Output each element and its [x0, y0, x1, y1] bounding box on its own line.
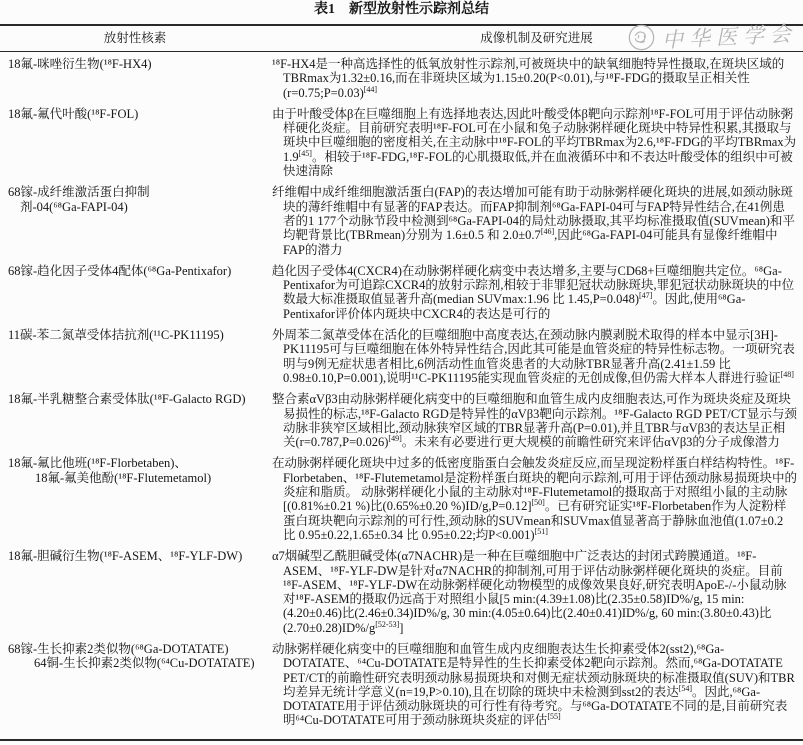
- nuclide-label-line: 18氟-氟代叶酸(¹⁸F-FOL): [8, 107, 270, 121]
- column-header-nuclide: 放射性核素: [0, 31, 270, 45]
- reference-superscript: [50]: [532, 498, 545, 507]
- reference-superscript: [45]: [299, 149, 312, 158]
- nuclide-label: 68镓-生长抑素2类似物(⁶⁸Ga-DOTATATE)64铜-生长抑素2类似物(…: [0, 642, 270, 728]
- mechanism-text: 外周苯二氮䓬受体在活化的巨噬细胞中高度表达,在颈动脉内膜剥脱术取得的样本中显示[…: [270, 328, 803, 385]
- reference-superscript: [47]: [639, 291, 652, 300]
- mechanism-text-segment: 。未来有必要进行更大规模的前瞻性研究来评估αVβ3的分子成像潜力: [402, 435, 780, 449]
- table-number: 表1: [314, 2, 335, 17]
- reference-superscript: [48]: [781, 370, 794, 379]
- mechanism-text-segment: α7烟碱型乙酰胆碱受体(α7NACHR)是一种在巨噬细胞中广泛表达的封闭式跨膜通…: [272, 549, 786, 634]
- mechanism-text: 由于叶酸受体β在巨噬细胞上有选择地表达,因此叶酸受体β靶向示踪剂¹⁸F-FOL可…: [270, 107, 803, 178]
- mechanism-text: 趋化因子受体4(CXCR4)在动脉粥样硬化病变中表达增多,主要与CD68+巨噬细…: [270, 264, 803, 321]
- nuclide-label-line: 68镓-成纤维激活蛋白抑制: [8, 185, 270, 199]
- nuclide-label-line: 18氟-氟美他酚(¹⁸F-Flutemetamol): [8, 471, 270, 485]
- reference-superscript: [49]: [388, 434, 401, 443]
- table-row: 68镓-生长抑素2类似物(⁶⁸Ga-DOTATATE)64铜-生长抑素2类似物(…: [0, 642, 803, 728]
- reference-superscript: [52-53]: [375, 620, 399, 629]
- paper-page: 表1新型放射性示踪剂总结 中华医学会 放射性核素 成像机制及研究进展 18氟-咪…: [0, 0, 803, 745]
- mechanism-text: 在动脉粥样硬化斑块中过多的低密度脂蛋白会触发炎症反应,而呈现淀粉样蛋白样结构特性…: [270, 456, 803, 542]
- mechanism-text: 纤维帽中成纤维细胞激活蛋白(FAP)的表达增加可能有助于动脉粥样硬化斑块的进展,…: [270, 185, 803, 256]
- mechanism-text-segment: 外周苯二氮䓬受体在活化的巨噬细胞中高度表达,在颈动脉内膜剥脱术取得的样本中显示[…: [272, 328, 795, 385]
- reference-superscript: [55]: [547, 712, 560, 721]
- nuclide-label: 18氟-咪唑衍生物(¹⁸F-HX4): [0, 57, 270, 100]
- nuclide-label: 68镓-趋化因子受体4配体(⁶⁸Ga-Pentixafor): [0, 264, 270, 321]
- table-row: 18氟-半乳糖整合素受体肽(¹⁸F-Galacto RGD)整合素αVβ3由动脉…: [0, 392, 803, 449]
- nuclide-label-line: 68镓-趋化因子受体4配体(⁶⁸Ga-Pentixafor): [8, 264, 270, 278]
- table-row: 18氟-氟比他班(¹⁸F-Florbetaben)、18氟-氟美他酚(¹⁸F-F…: [0, 456, 803, 542]
- table-header-row: 放射性核素 成像机制及研究进展: [0, 26, 803, 51]
- nuclide-label: 18氟-氟比他班(¹⁸F-Florbetaben)、18氟-氟美他酚(¹⁸F-F…: [0, 456, 270, 542]
- reference-superscript: [54]: [679, 684, 692, 693]
- table-row: 18氟-氟代叶酸(¹⁸F-FOL)由于叶酸受体β在巨噬细胞上有选择地表达,因此叶…: [0, 107, 803, 178]
- nuclide-label-line: 64铜-生长抑素2类似物(⁶⁴Cu-DOTATATE): [8, 656, 270, 670]
- mechanism-text-segment: ¹⁸F-HX4是一种高选择性的低氧放射性示踪剂,可被斑块中的缺氧细胞特异性摄取,…: [272, 57, 784, 100]
- nuclide-label-line: 18氟-氟比他班(¹⁸F-Florbetaben)、: [8, 456, 270, 470]
- nuclide-label: 68镓-成纤维激活蛋白抑制剂-04(⁶⁸Ga-FAPI-04): [0, 185, 270, 256]
- reference-superscript: [44]: [364, 84, 377, 93]
- nuclide-label-line: 剂-04(⁶⁸Ga-FAPI-04): [8, 200, 270, 214]
- table-row: 18氟-咪唑衍生物(¹⁸F-HX4)¹⁸F-HX4是一种高选择性的低氧放射性示踪…: [0, 57, 803, 100]
- reference-superscript: [51]: [535, 527, 548, 536]
- nuclide-label: 18氟-半乳糖整合素受体肽(¹⁸F-Galacto RGD): [0, 392, 270, 449]
- mechanism-text: α7烟碱型乙酰胆碱受体(α7NACHR)是一种在巨噬细胞中广泛表达的封闭式跨膜通…: [270, 549, 803, 635]
- nuclide-label-line: 18氟-胆碱衍生物(¹⁸F-ASEM、¹⁸F-YLF-DW): [8, 549, 270, 563]
- mechanism-text: ¹⁸F-HX4是一种高选择性的低氧放射性示踪剂,可被斑块中的缺氧细胞特异性摄取,…: [270, 57, 803, 100]
- mechanism-text-segment: 。相较于¹⁸F-FDG,¹⁸F-FOL的心肌摄取低,并在血液循环中和不表达叶酸受…: [283, 150, 793, 178]
- mechanism-text: 动脉粥样硬化病变中的巨噬细胞和血管生成内皮细胞表达生长抑素受体2(sst2),⁶…: [270, 642, 803, 728]
- table-bottom-rule: [0, 739, 803, 741]
- reference-superscript: [46]: [541, 227, 554, 236]
- nuclide-label-line: 18氟-咪唑衍生物(¹⁸F-HX4): [8, 57, 270, 71]
- nuclide-label-line: 18氟-半乳糖整合素受体肽(¹⁸F-Galacto RGD): [8, 392, 270, 406]
- nuclide-label: 18氟-氟代叶酸(¹⁸F-FOL): [0, 107, 270, 178]
- table-title: 表1新型放射性示踪剂总结: [0, 0, 803, 22]
- table-body: 18氟-咪唑衍生物(¹⁸F-HX4)¹⁸F-HX4是一种高选择性的低氧放射性示踪…: [0, 52, 803, 728]
- nuclide-label-line: 11碳-苯二氮䓬受体拮抗剂(¹¹C-PK11195): [8, 328, 270, 342]
- nuclide-label-line: 68镓-生长抑素2类似物(⁶⁸Ga-DOTATATE): [8, 642, 270, 656]
- column-header-mechanism: 成像机制及研究进展: [270, 31, 803, 45]
- nuclide-label: 18氟-胆碱衍生物(¹⁸F-ASEM、¹⁸F-YLF-DW): [0, 549, 270, 635]
- mechanism-text-segment: ]: [399, 621, 403, 635]
- nuclide-label: 11碳-苯二氮䓬受体拮抗剂(¹¹C-PK11195): [0, 328, 270, 385]
- table-row: 68镓-趋化因子受体4配体(⁶⁸Ga-Pentixafor)趋化因子受体4(CX…: [0, 264, 803, 321]
- table-row: 11碳-苯二氮䓬受体拮抗剂(¹¹C-PK11195)外周苯二氮䓬受体在活化的巨噬…: [0, 328, 803, 385]
- mechanism-text: 整合素αVβ3由动脉粥样硬化病变中的巨噬细胞和血管生成内皮细胞表达,可作为斑块炎…: [270, 392, 803, 449]
- table-title-text: 新型放射性示踪剂总结: [349, 2, 489, 17]
- table-row: 68镓-成纤维激活蛋白抑制剂-04(⁶⁸Ga-FAPI-04)纤维帽中成纤维细胞…: [0, 185, 803, 256]
- table-row: 18氟-胆碱衍生物(¹⁸F-ASEM、¹⁸F-YLF-DW)α7烟碱型乙酰胆碱受…: [0, 549, 803, 635]
